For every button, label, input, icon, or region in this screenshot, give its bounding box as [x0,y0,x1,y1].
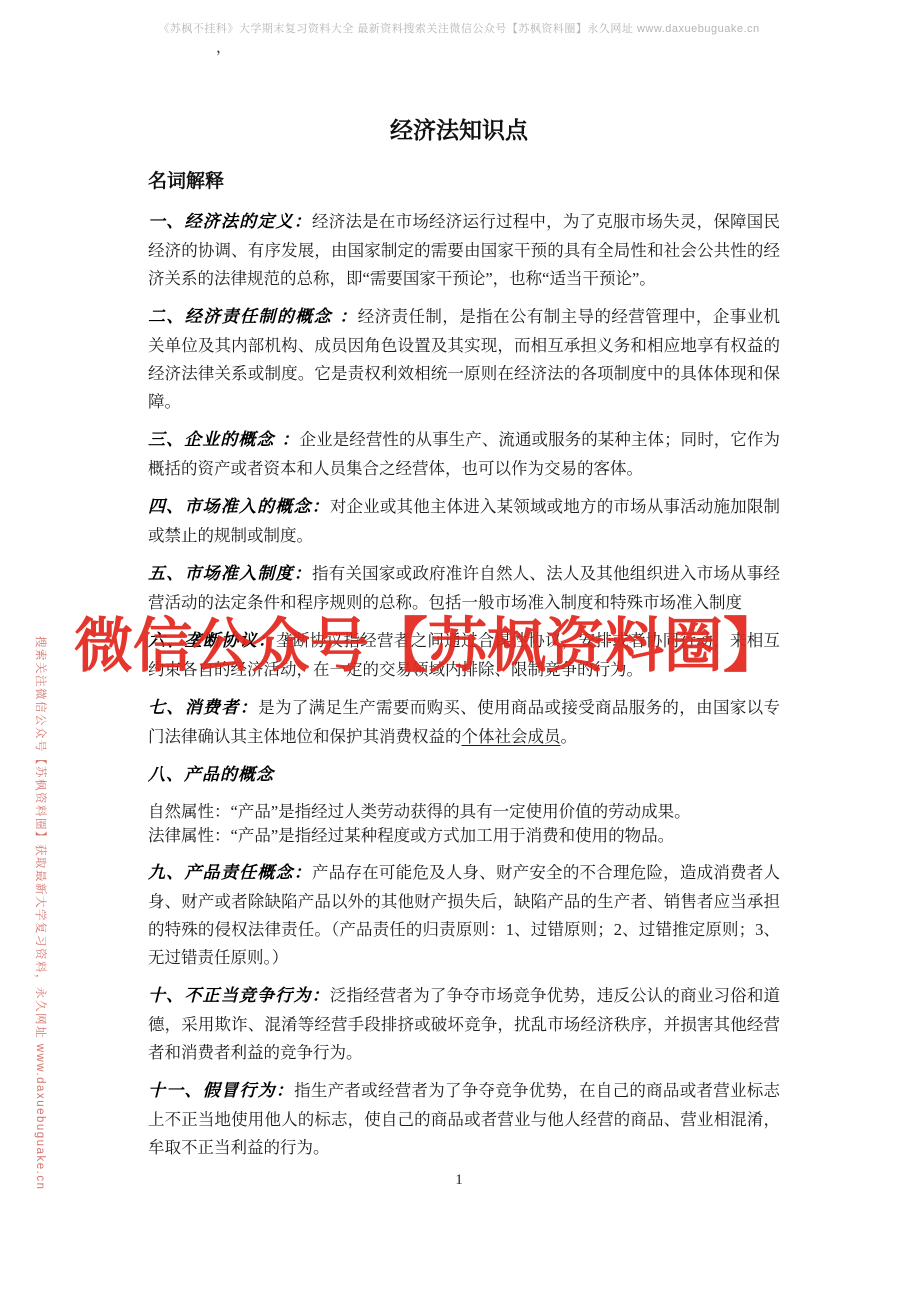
product-attributes-paragraph: 自然属性：“产品”是指经过人类劳动获得的具有一定使用价值的劳动成果。法律属性：“… [148,800,780,848]
definition-paragraph-6: 六、垄断协议：垄断协议指经营者之间通过合谋性协议，安排或者协同行动，来相互约束各… [148,627,780,684]
definition-paragraph-10: 十、不正当竞争行为：泛指经营者为了争夺市场竞争优势，违反公认的商业习俗和道德，采… [148,982,780,1067]
section-heading-terms: 名词解释 [148,166,224,193]
watermark-header-line: 《苏枫不挂科》大学期末复习资料大全 最新资料搜索关注微信公众号【苏枫资料圈】永久… [0,20,918,36]
term-label: 十一、假冒行为： [148,1081,294,1101]
definition-paragraph-4: 四、市场准入的概念：对企业或其他主体进入某领域或地方的市场从事活动施加限制或禁止… [148,493,780,550]
term-label: 八、产品的概念 [148,765,274,785]
underlined-phrase: 个体社会成员 [462,727,561,746]
term-label: 七、消费者： [148,698,258,718]
stray-comma: ， [216,36,231,57]
page-number: 1 [0,1172,918,1189]
term-label: 九、产品责任概念： [148,863,312,883]
definition-paragraph-5: 五、市场准入制度：指有关国家或政府准许自然人、法人及其他组织进入市场从事经营活动… [148,560,780,617]
term-label: 一、经济法的定义： [148,212,312,232]
side-vertical-watermark: 搜索关注微信公众号【苏枫资料圈】获取最新大学复习资料，永久网址 www.daxu… [33,636,49,1190]
legal-attribute-line: 法律属性：“产品”是指经过某种程度或方式加工用于消费和使用的物品。 [148,826,674,845]
definition-paragraph-1: 一、经济法的定义：经济法是在市场经济运行过程中，为了克服市场失灵，保障国民经济的… [148,208,780,293]
definition-paragraph-11: 十一、假冒行为：指生产者或经营者为了争夺竞争优势，在自己的商品或者营业标志上不正… [148,1077,780,1162]
term-label: 十、不正当竞争行为： [148,986,330,1006]
term-label: 六、垄断协议： [148,631,276,651]
definition-paragraph-9: 九、产品责任概念：产品存在可能危及人身、财产安全的不合理危险，造成消费者人身、财… [148,859,780,972]
term-definition: 。 [561,727,578,746]
term-label: 三、企业的概念 ： [148,430,300,450]
definition-paragraph-8-heading: 八、产品的概念 [148,761,780,790]
natural-attribute-line: 自然属性：“产品”是指经过人类劳动获得的具有一定使用价值的劳动成果。 [148,802,691,821]
definition-paragraph-2: 二、经济责任制的概念 ：经济责任制，是指在公有制主导的经营管理中，企事业机关单位… [148,303,780,416]
document-body: 一、经济法的定义：经济法是在市场经济运行过程中，为了克服市场失灵，保障国民经济的… [148,208,780,1172]
definition-paragraph-3: 三、企业的概念 ：企业是经营性的从事生产、流通或服务的某种主体；同时，它作为概括… [148,426,780,483]
term-label: 五、市场准入制度： [148,564,312,584]
term-label: 四、市场准入的概念： [148,497,330,517]
definition-paragraph-7: 七、消费者：是为了满足生产需要而购买、使用商品或接受商品服务的，由国家以专门法律… [148,694,780,751]
term-label: 二、经济责任制的概念 ： [148,307,358,327]
page-title: 经济法知识点 [0,112,918,145]
